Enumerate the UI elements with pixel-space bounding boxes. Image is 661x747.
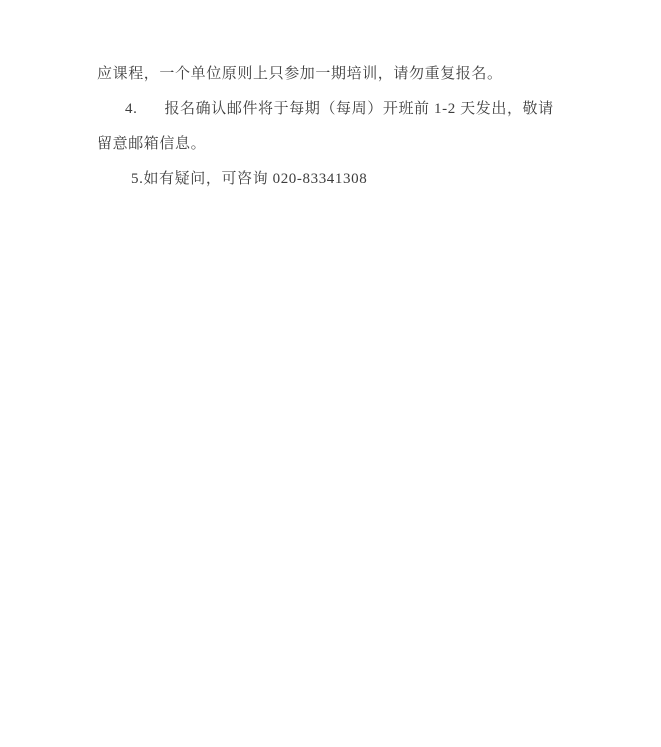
list-item-5-text: 如有疑问，可咨询 020-83341308 [143,171,367,187]
list-item-4-line-2: 留意邮箱信息。 [97,127,575,162]
list-item-5-line: 5.如有疑问，可咨询 020-83341308 [97,162,575,197]
list-item-5-number: 5. [131,162,143,197]
list-item-4-text-continued: 留意邮箱信息。 [97,136,206,152]
list-item-4-number: 4. [125,92,137,127]
document-text-block: 应课程，一个单位原则上只参加一期培训，请勿重复报名。 4.报名确认邮件将于每期（… [97,57,575,197]
paragraph-continuation-text: 应课程，一个单位原则上只参加一期培训，请勿重复报名。 [97,66,503,82]
list-item-4-text: 报名确认邮件将于每期（每周）开班前 1-2 天发出，敬请 [164,101,553,117]
paragraph-continuation-line: 应课程，一个单位原则上只参加一期培训，请勿重复报名。 [97,57,575,92]
document-page: 应课程，一个单位原则上只参加一期培训，请勿重复报名。 4.报名确认邮件将于每期（… [0,0,661,747]
list-item-4-line-1: 4.报名确认邮件将于每期（每周）开班前 1-2 天发出，敬请 [97,92,575,127]
